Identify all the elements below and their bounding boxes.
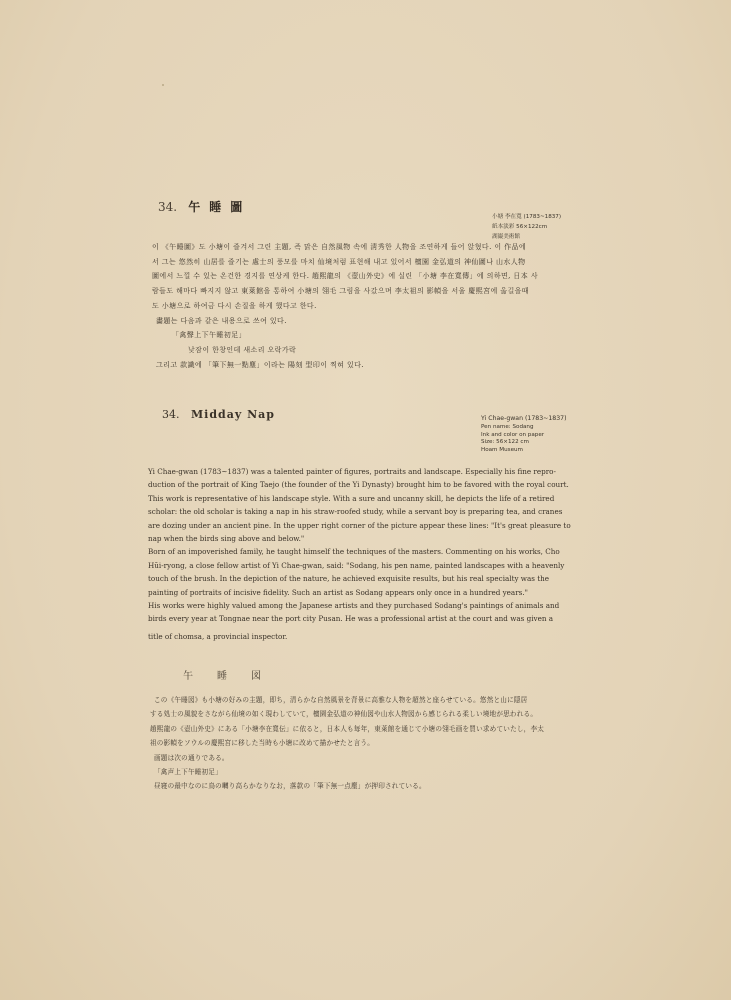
- english-artist: Yi Chae-gwan (1783~1837): [481, 414, 567, 424]
- english-collection: Hoam Museum: [481, 447, 567, 455]
- english-medium: Ink and color on paper: [481, 432, 567, 440]
- english-pen-name: Pen name: Sodang: [481, 424, 567, 432]
- english-line: are dozing under an ancient pine. In the…: [148, 519, 571, 532]
- japanese-line: 祖の影幀をソウルの慶熙宮に移した当時も小塘に改めて描かせたと言う。: [150, 736, 544, 750]
- english-line: nap when the birds sing above and below.…: [148, 532, 571, 545]
- paper-speck: [162, 84, 164, 86]
- english-line: scholar: the old scholar is taking a nap…: [148, 505, 571, 518]
- korean-line: 圖에서 느낄 수 있는 온건한 경지를 연상케 한다. 趙熙龍의 《壺山外史》에…: [152, 269, 538, 284]
- english-line: birds every year at Tongnae near the por…: [148, 612, 571, 625]
- english-line: His works were highly valued among the J…: [148, 599, 571, 612]
- english-heading: 34. Midday Nap: [162, 408, 275, 421]
- japanese-title: 午睡図: [183, 667, 285, 682]
- japanese-line: する処士の風貌をさながら仙境の如く現わしていて，檀園金弘道の神仙図や山水人物図か…: [150, 707, 544, 721]
- english-line: Hŭi-ryong, a close fellow artist of Yi C…: [148, 559, 571, 572]
- english-paragraph: Yi Chae-gwan (1783~1837) was a talented …: [148, 465, 571, 643]
- english-line: duction of the portrait of King Taejo (t…: [148, 478, 571, 491]
- japanese-line: 趙熙龍の《壺山外史》にある「小塘李在寬伝」に依ると，日本人も毎年，東萊館を通じて…: [150, 722, 544, 736]
- english-item-number: 34.: [162, 408, 180, 421]
- korean-quote: 「禽聲上下午睡初足」: [152, 328, 538, 343]
- korean-line: 람들도 해마다 빠지지 않고 東萊館을 통하여 小塘의 翎毛 그림을 사갔으며 …: [152, 284, 538, 299]
- japanese-line: 昼寝の最中なのに鳥の囀り高らかなりなお，落款の「筆下無一点塵」が押印されている。: [150, 779, 544, 793]
- english-caption: Yi Chae-gwan (1783~1837) Pen name: Sodan…: [481, 414, 567, 454]
- japanese-paragraph: この《午睡図》も小塘の好みの主題，即ち，清らかな自然風景を背景に高雅な人物を超然…: [150, 693, 544, 794]
- korean-paragraph: 이 《午睡圖》도 小塘이 즐겨서 그린 主題, 즉 맑은 自然風物 속에 淸秀한…: [152, 240, 538, 372]
- english-line: touch of the brush. In the depiction of …: [148, 572, 571, 585]
- japanese-line: この《午睡図》も小塘の好みの主題，即ち，清らかな自然風景を背景に高雅な人物を超然…: [150, 693, 544, 707]
- japanese-quote: 「禽声上下午睡初足」: [150, 765, 544, 779]
- english-line: Yi Chae-gwan (1783~1837) was a talented …: [148, 465, 571, 478]
- document-page: 34. 午睡圖 小塘 李在寬 (1783~1837) 紙本淡彩 56×122cm…: [0, 0, 731, 1000]
- english-size: Size: 56×122 cm: [481, 439, 567, 447]
- english-line: title of chomsa, a provincial inspector.: [148, 630, 571, 643]
- korean-line: 이 《午睡圖》도 小塘이 즐겨서 그린 主題, 즉 맑은 自然風物 속에 淸秀한…: [152, 240, 538, 255]
- english-line: painting of portraits of incisive fideli…: [148, 586, 571, 599]
- korean-item-number: 34.: [158, 200, 177, 214]
- korean-line: 畵題는 다음과 같은 내용으로 쓰여 있다.: [152, 314, 538, 329]
- korean-artist: 小塘 李在寬 (1783~1837): [492, 212, 561, 222]
- korean-line: 도 小塘으로 하여금 다시 손질을 하게 했다고 한다.: [152, 299, 538, 314]
- korean-title: 午睡圖: [188, 200, 251, 214]
- korean-heading: 34. 午睡圖: [158, 196, 251, 215]
- korean-line: 서 그는 悠然히 山居를 즐기는 處士의 풍모를 마치 仙境처럼 표현해 내고 …: [152, 255, 538, 270]
- japanese-line: 画題は次の通りである。: [150, 751, 544, 765]
- korean-caption: 小塘 李在寬 (1783~1837) 紙本淡彩 56×122cm 湖巖美術館: [492, 212, 561, 242]
- english-title: Midday Nap: [191, 408, 275, 421]
- korean-medium-size: 紙本淡彩 56×122cm: [492, 222, 561, 232]
- english-line: This work is representative of his lands…: [148, 492, 571, 505]
- english-line: Born of an impoverished family, he taugh…: [148, 545, 571, 558]
- korean-line: 그리고 款識에 「筆下無一點塵」이라는 陽刻 型印이 찍혀 있다.: [152, 358, 538, 373]
- korean-quote-translation: 낮잠이 한창인데 새소리 오락가락: [152, 343, 538, 358]
